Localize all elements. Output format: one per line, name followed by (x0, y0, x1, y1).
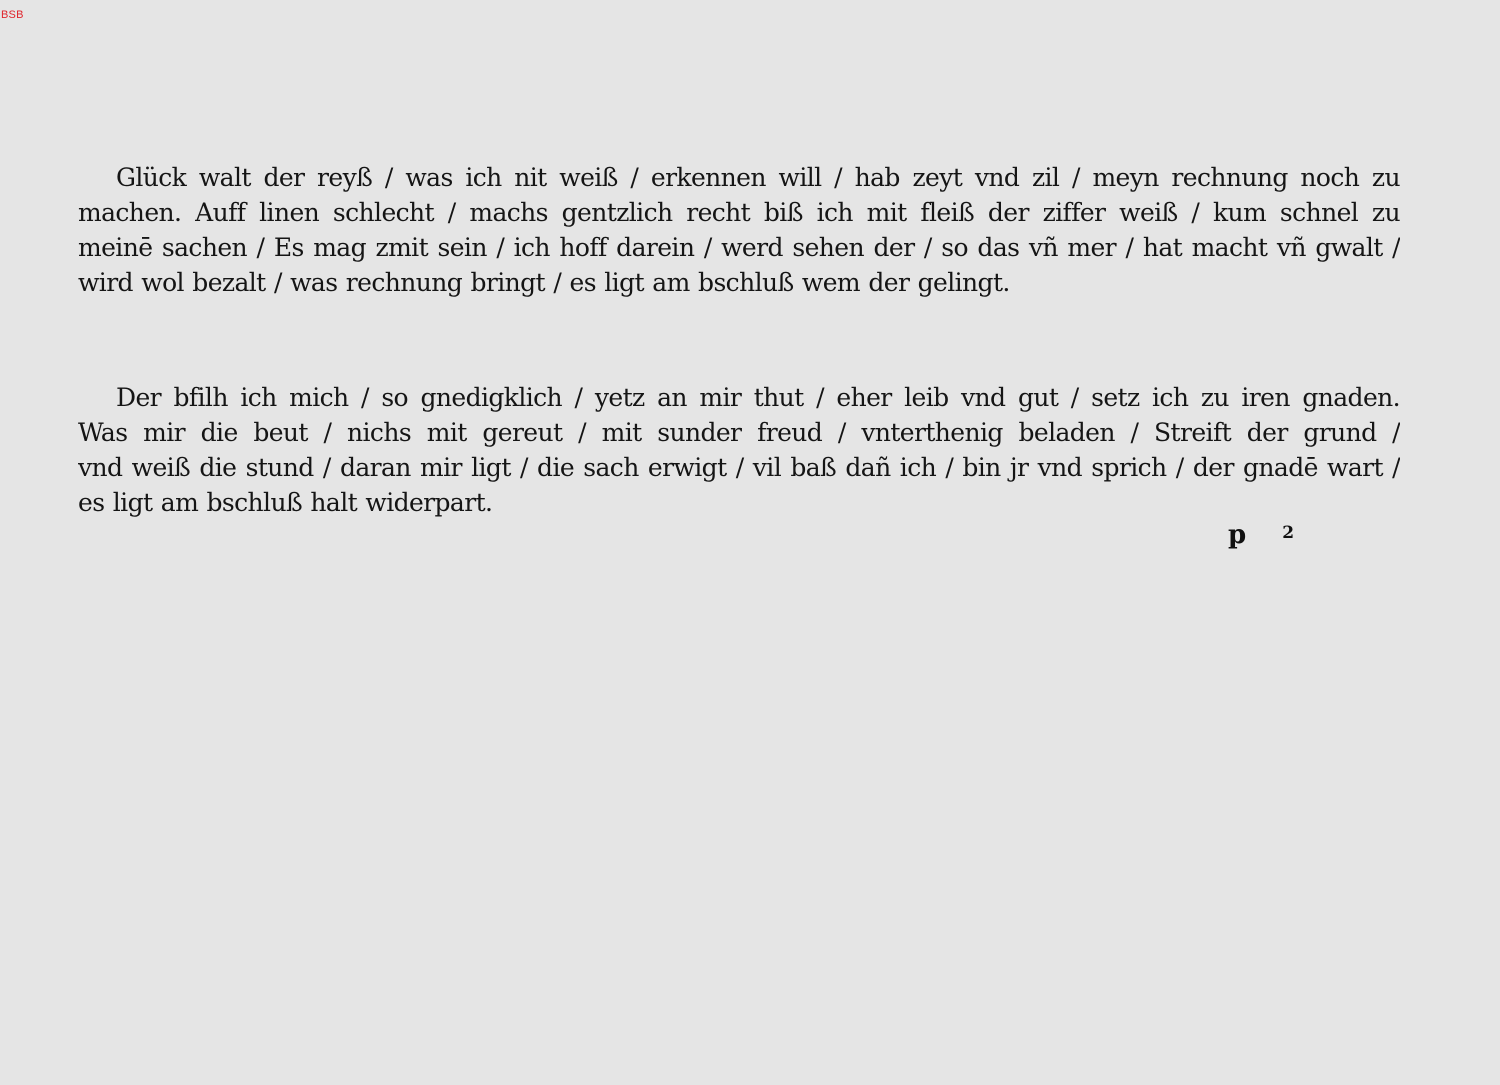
text-line: meinē sachen / Es mag zmit sein / ich ho… (78, 230, 1400, 265)
stanza-1: Glück walt der reyß / was ich nit weiß /… (78, 160, 1400, 300)
signature-letter: p (1228, 520, 1246, 550)
text-line: Glück walt der reyß / was ich nit weiß /… (78, 160, 1400, 195)
signature-mark: p2 (1228, 520, 1294, 550)
scanned-page: Glück walt der reyß / was ich nit weiß /… (0, 0, 1500, 1085)
text-line: machen. Auff linen schlecht / machs gent… (78, 195, 1400, 230)
signature-number: 2 (1282, 523, 1294, 543)
stanza-2: Der bfilh ich mich / so gnedigklich / ye… (78, 380, 1400, 520)
text-line: vnd weiß die stund / daran mir ligt / di… (78, 450, 1400, 485)
text-line: es ligt am bschluß halt widerpart. (78, 485, 1400, 520)
text-line: Der bfilh ich mich / so gnedigklich / ye… (78, 380, 1400, 415)
text-line: Was mir die beut / nichs mit gereut / mi… (78, 415, 1400, 450)
text-line: wird wol bezalt / was rechnung bringt / … (78, 265, 1400, 300)
